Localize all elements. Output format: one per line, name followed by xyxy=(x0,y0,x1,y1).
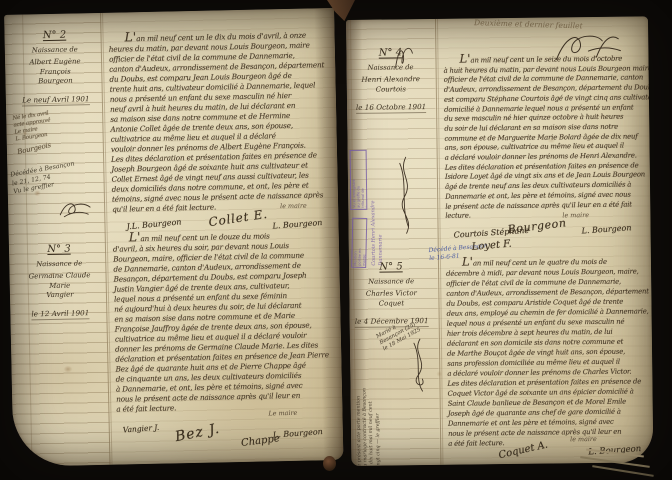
paper-stain xyxy=(63,366,72,373)
stamp-line: le greffier xyxy=(366,220,367,266)
signature: Coquet A. xyxy=(498,440,549,462)
entry-date: Le neuf Avril 1901 xyxy=(22,94,90,106)
paraph-icon xyxy=(58,199,92,220)
acts-column: L'an mil neuf cent un le dix du mois d'a… xyxy=(108,8,339,465)
signatures-act-4: Coquet A.L. Bourgeon xyxy=(448,438,650,466)
mention-line: vingt cinq — le greffier xyxy=(374,332,382,466)
entry-title: Naissance de xyxy=(13,45,97,55)
margin-entry-2: N° 2 Naissance de Albert Eugène François… xyxy=(12,29,98,106)
signature: Bourgeon xyxy=(507,216,567,236)
birth-act-4-text: L'an mil neuf cent un le quatre du mois … xyxy=(446,254,651,448)
margin-rule-line xyxy=(435,19,443,465)
stamp-line: Besançon xyxy=(365,152,367,208)
entry-number: N° 2 xyxy=(12,29,96,42)
entry-title: Naissance de xyxy=(351,277,431,286)
left-register-page: N° 2 Naissance de Albert Eugène François… xyxy=(4,8,343,467)
birth-act-1-text: L'an mil neuf cent un le dix du mois d'a… xyxy=(108,28,327,214)
acts-column: L'an mil neuf cent un le seize du mois d… xyxy=(443,16,650,464)
binding-spot xyxy=(323,456,336,471)
margin-entry-4: N° 4 Naissance de Henri Alexandre Courto… xyxy=(350,47,431,114)
birth-act-3-text: L'an mil neuf cent un le seize du mois d… xyxy=(443,52,653,222)
official-stamp: Mentionportée enmargele greffier xyxy=(351,218,367,268)
margin-entry-3: N° 3 Naissance de Germaine Claude Marie … xyxy=(17,243,103,320)
register-scan: N° 2 Naissance de Albert Eugène François… xyxy=(0,0,672,480)
signature: Collet E. xyxy=(208,207,269,229)
signature: L. Bourgeon xyxy=(588,444,642,457)
paraph-icon xyxy=(406,335,433,395)
signature: Loyet F. xyxy=(471,239,512,253)
entry-number: N° 5 xyxy=(351,261,431,273)
entry-date: le 16 Octobre 1901 xyxy=(356,102,426,114)
right-register-page: Deuxième et dernier feuillet N° 4 Naissa… xyxy=(346,16,653,466)
signatures-act-3: Courtois StéphaneBourgeonLoyet F.L. Bour… xyxy=(445,214,647,258)
entry-title: Naissance de xyxy=(17,259,101,269)
entry-name: Henri Alexandre xyxy=(351,75,431,85)
entry-number: N° 3 xyxy=(17,243,101,256)
signature: L. Bourgeon xyxy=(273,427,323,440)
signature: Bez J. xyxy=(174,421,222,446)
entry-title: Naissance de xyxy=(351,63,431,72)
entry-name: Germaine Claude Marie xyxy=(17,271,101,292)
death-annotation: Décédée à Besançonle 21, 12, 74Vu le gre… xyxy=(10,156,99,196)
stamp-line: marge xyxy=(362,220,367,266)
entry-number: N° 4 xyxy=(350,47,430,59)
birth-act-2-text: L'an mil neuf cent un le douze du moisd'… xyxy=(113,228,330,414)
signature: L. Bourgeon xyxy=(581,223,631,235)
paraph-icon xyxy=(392,43,414,71)
official-stamp: Vu et enregistréau greffe dutribunal deB… xyxy=(350,150,368,210)
entry-name: Albert Eugène François xyxy=(13,57,97,78)
margin-entry-5: N° 5 Naissance de Charles Victor Coquet … xyxy=(351,261,432,328)
entry-date: le 12 Avril 1901 xyxy=(31,308,89,320)
paraph-icon xyxy=(394,153,419,243)
scribble-line: Dannemarie xyxy=(376,150,384,266)
page-stack-edge xyxy=(592,465,653,476)
signature: Vangier J. xyxy=(122,423,159,435)
signatures-act-2: Vangier J.Bez J.ChappeL. Bourgeon xyxy=(117,412,340,459)
